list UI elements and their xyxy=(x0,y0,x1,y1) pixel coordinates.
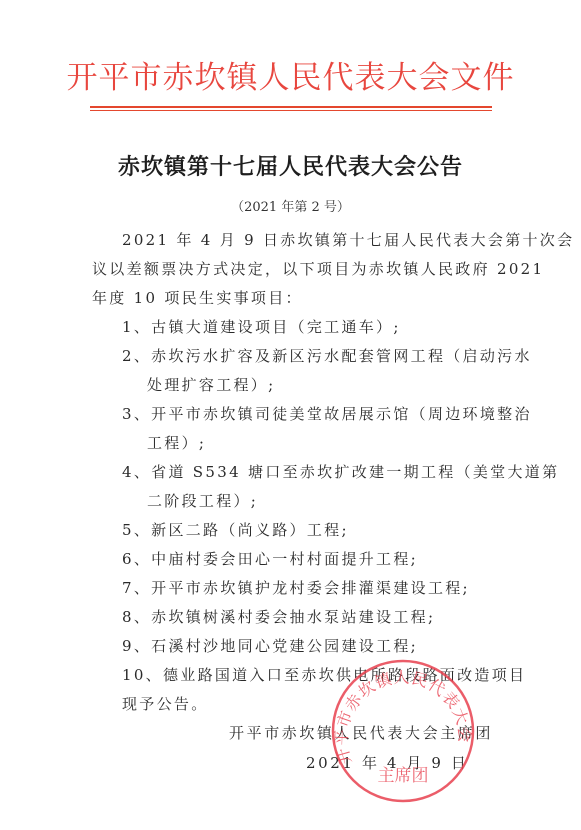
header-rule-thin xyxy=(90,110,492,111)
document-header-title: 开平市赤坎镇人民代表大会文件 xyxy=(0,58,581,98)
list-item-4-cont: 二阶段工程）; xyxy=(147,487,258,515)
closing-line: 现予公告。 xyxy=(122,690,209,718)
list-item-2: 2、赤坎污水扩容及新区污水配套管网工程（启动污水 xyxy=(122,342,532,370)
list-item-2-cont: 处理扩容工程）; xyxy=(147,371,275,399)
list-item-3-cont: 工程）; xyxy=(147,429,206,457)
intro-line-2: 议以差额票决方式决定，以下项目为赤坎镇人民政府 2021 xyxy=(92,255,544,283)
list-item-7: 7、开平市赤坎镇护龙村委会排灌渠建设工程; xyxy=(122,574,470,602)
list-item-8: 8、赤坎镇树溪村委会抽水泵站建设工程; xyxy=(122,603,435,631)
list-item-1: 1、古镇大道建设项目（完工通车）; xyxy=(122,313,401,341)
notice-title: 赤坎镇第十七届人民代表大会公告 xyxy=(0,150,581,181)
seal-center-text: 主席团 xyxy=(378,766,429,786)
list-item-4: 4、省道 S534 塘口至赤坎扩改建一期工程（美堂大道第 xyxy=(122,458,559,486)
list-item-3: 3、开平市赤坎镇司徒美堂故居展示馆（周边环境整治 xyxy=(122,400,532,428)
intro-line-3: 年度 10 项民生实事项目： xyxy=(92,284,303,312)
list-item-5: 5、新区二路（尚义路）工程; xyxy=(122,516,349,544)
document-number: （2021 年第 2 号） xyxy=(0,196,581,215)
list-item-6: 6、中庙村委会田心一村村面提升工程; xyxy=(122,545,418,573)
official-seal-stamp: 开平市赤坎镇人民代表大会 主席团 xyxy=(330,658,476,804)
header-rule-thick xyxy=(90,106,492,108)
intro-line-1: 2021 年 4 月 9 日赤坎镇第十七届人民代表大会第十次会 xyxy=(122,226,574,254)
list-item-9: 9、石溪村沙地同心党建公园建设工程; xyxy=(122,632,418,660)
